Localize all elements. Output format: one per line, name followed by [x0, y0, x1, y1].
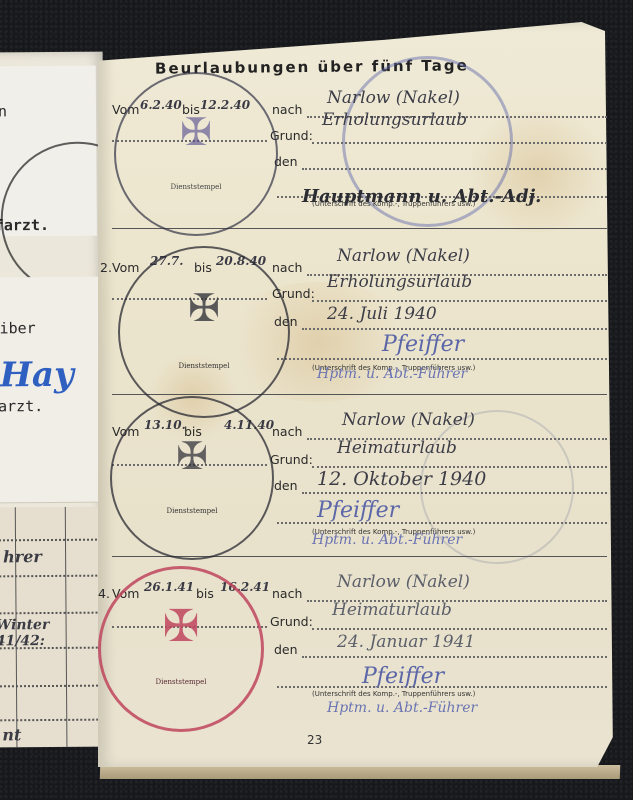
signature: Pfeiffer: [317, 498, 399, 523]
signature-caption: (Unterschrift des Komp.-, Truppenführers…: [312, 690, 475, 698]
page-number: 23: [307, 733, 322, 747]
value-den: 24. Januar 1941: [337, 632, 475, 652]
entry-number: 4.: [98, 586, 110, 601]
value-nach: Narlow (Nakel): [337, 572, 470, 592]
grid-text: Winter 41/42:: [0, 617, 102, 650]
table-dotted-row: [0, 612, 102, 615]
label-vom: Vom: [112, 260, 139, 275]
grid-text: nt: [2, 725, 21, 744]
signature: Pfeiffer: [362, 664, 444, 689]
left-attached-sheet-top: n ⁄ farzt.: [0, 66, 97, 237]
dotted-line: [277, 358, 607, 360]
signature: Hauptmann u. Abt.-Adj.: [302, 186, 541, 207]
official-stamp: ✠ Dienststempel: [118, 246, 290, 418]
stamp-label: Dienststempel: [156, 678, 207, 686]
leave-entry-4: 4. Vom 26.1.41 bis 16.2.41 nach Narlow (…: [112, 572, 612, 722]
label-nach: nach: [272, 586, 302, 601]
label-nach: nach: [272, 424, 302, 439]
official-stamp: ✠ Dienststempel: [114, 72, 278, 236]
value-den: 24. Juli 1940: [327, 304, 437, 324]
typed-text: arzt.: [0, 397, 43, 415]
eagle-emblem-icon: ✠: [176, 437, 208, 475]
value-nach: Narlow (Nakel): [342, 410, 475, 430]
dotted-line: [312, 142, 607, 144]
value-grund: Erholungsurlaub: [322, 110, 467, 130]
label-den: den: [274, 642, 298, 657]
page-edge: [100, 765, 620, 779]
value-grund: Erholungsurlaub: [327, 272, 472, 292]
table-dotted-row: [0, 575, 101, 578]
stamp-label: Dienststempel: [171, 183, 222, 191]
table-dotted-row: [0, 685, 102, 688]
label-grund: Grund:: [270, 452, 313, 467]
dotted-line: [302, 328, 607, 330]
table-dotted-row: [0, 719, 102, 722]
signature-rank: Hptm. u. Abt.-Führer: [317, 366, 467, 382]
leave-entry-3: Vom 13.10. bis 4.11.40 nach Narlow (Nake…: [112, 410, 612, 560]
table-dotted-row: [0, 539, 101, 542]
dotted-line: [302, 492, 607, 494]
eagle-emblem-icon: ✠: [180, 113, 212, 151]
label-nach: nach: [272, 102, 302, 117]
grid-text: hrer: [3, 547, 42, 566]
official-stamp-red: ✠ Dienststempel: [98, 566, 264, 732]
signature: Pfeiffer: [382, 332, 464, 357]
dotted-line: [312, 300, 607, 302]
label-grund: Grund:: [270, 614, 313, 629]
value-nach: Narlow (Nakel): [327, 88, 460, 108]
signature-rank: Hptm. u. Abt.-Führer: [327, 700, 477, 716]
stamp-label: Dienststempel: [179, 362, 230, 370]
value-nach: Narlow (Nakel): [337, 246, 470, 266]
stamp-label: Dienststempel: [167, 507, 218, 515]
typed-text: iber: [0, 319, 36, 337]
left-attached-sheet-bottom: iber Hay arzt.: [0, 277, 103, 504]
value-grund: Heimaturlaub: [332, 600, 452, 620]
value-grund: Heimaturlaub: [337, 438, 457, 458]
eagle-emblem-icon: ✠: [163, 605, 200, 649]
label-den: den: [274, 478, 298, 493]
eagle-emblem-icon: ✠: [188, 289, 220, 327]
official-stamp: ✠ Dienststempel: [110, 396, 274, 560]
blue-signature: Hay: [0, 355, 74, 396]
leave-entry-2: 2. Vom 27.7. bis 20.8.40 nach Narlow (Na…: [112, 246, 612, 396]
leave-entry-1: Vom 6.2.40 bis 12.2.40 nach Narlow (Nake…: [112, 88, 612, 238]
left-ruled-table: hrer Winter 41/42: nt: [0, 507, 102, 748]
left-page: n ⁄ farzt. iber Hay arzt. hrer Winter 41…: [0, 52, 107, 743]
dotted-line: [312, 628, 607, 630]
entry-number: 2.: [100, 260, 112, 275]
value-den: 12. Oktober 1940: [317, 468, 486, 490]
typed-text: n: [0, 102, 7, 120]
signature-rank: Hptm. u. Abt.-Führer: [312, 532, 462, 548]
label-nach: nach: [272, 260, 302, 275]
dotted-line: [302, 168, 607, 170]
dotted-line: [302, 656, 607, 658]
